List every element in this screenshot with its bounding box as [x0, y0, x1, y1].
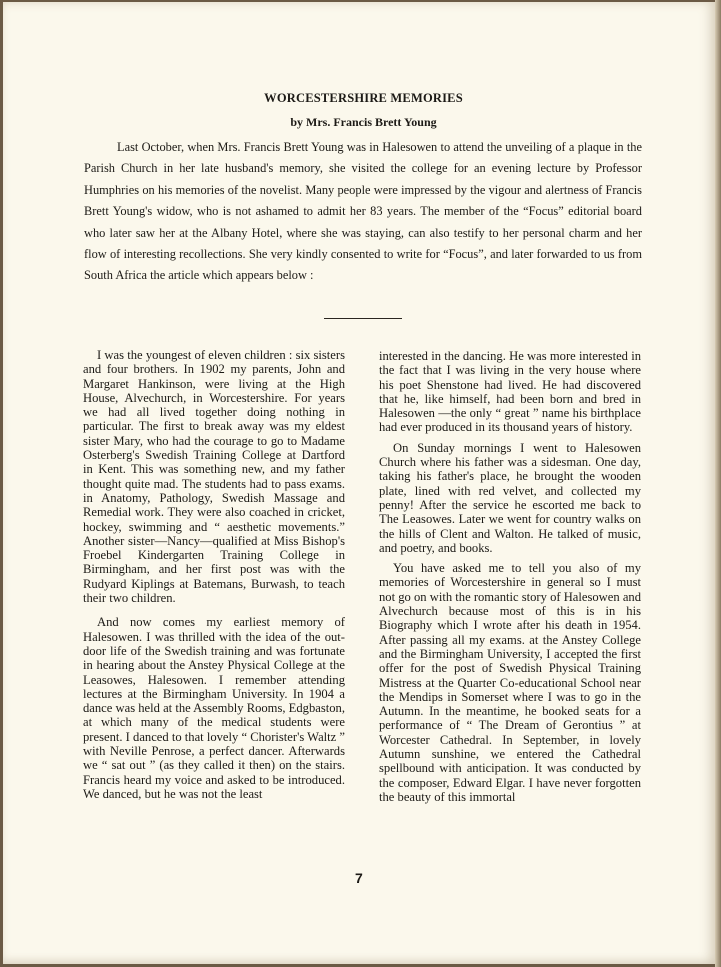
editorial-introduction: Last October, when Mrs. Francis Brett Yo… — [84, 137, 642, 287]
paragraph-continued: interested in the dancing. He was more i… — [379, 349, 641, 435]
left-column: I was the youngest of eleven children : … — [83, 348, 345, 807]
article-byline: by Mrs. Francis Brett Young — [3, 115, 721, 130]
paragraph: And now comes my earliest memory of Hale… — [83, 615, 345, 801]
article-title: WORCESTERSHIRE MEMORIES — [3, 91, 721, 106]
right-column: interested in the dancing. He was more i… — [379, 349, 641, 810]
paragraph: You have asked me to tell you also of my… — [379, 561, 641, 804]
page-number: 7 — [355, 870, 363, 886]
magazine-page: WORCESTERSHIRE MEMORIES by Mrs. Francis … — [3, 2, 715, 964]
paragraph: I was the youngest of eleven children : … — [83, 348, 345, 605]
paragraph: On Sunday mornings I went to Halesowen C… — [379, 441, 641, 555]
section-divider — [324, 318, 402, 319]
page-edge-shadow — [715, 0, 721, 967]
